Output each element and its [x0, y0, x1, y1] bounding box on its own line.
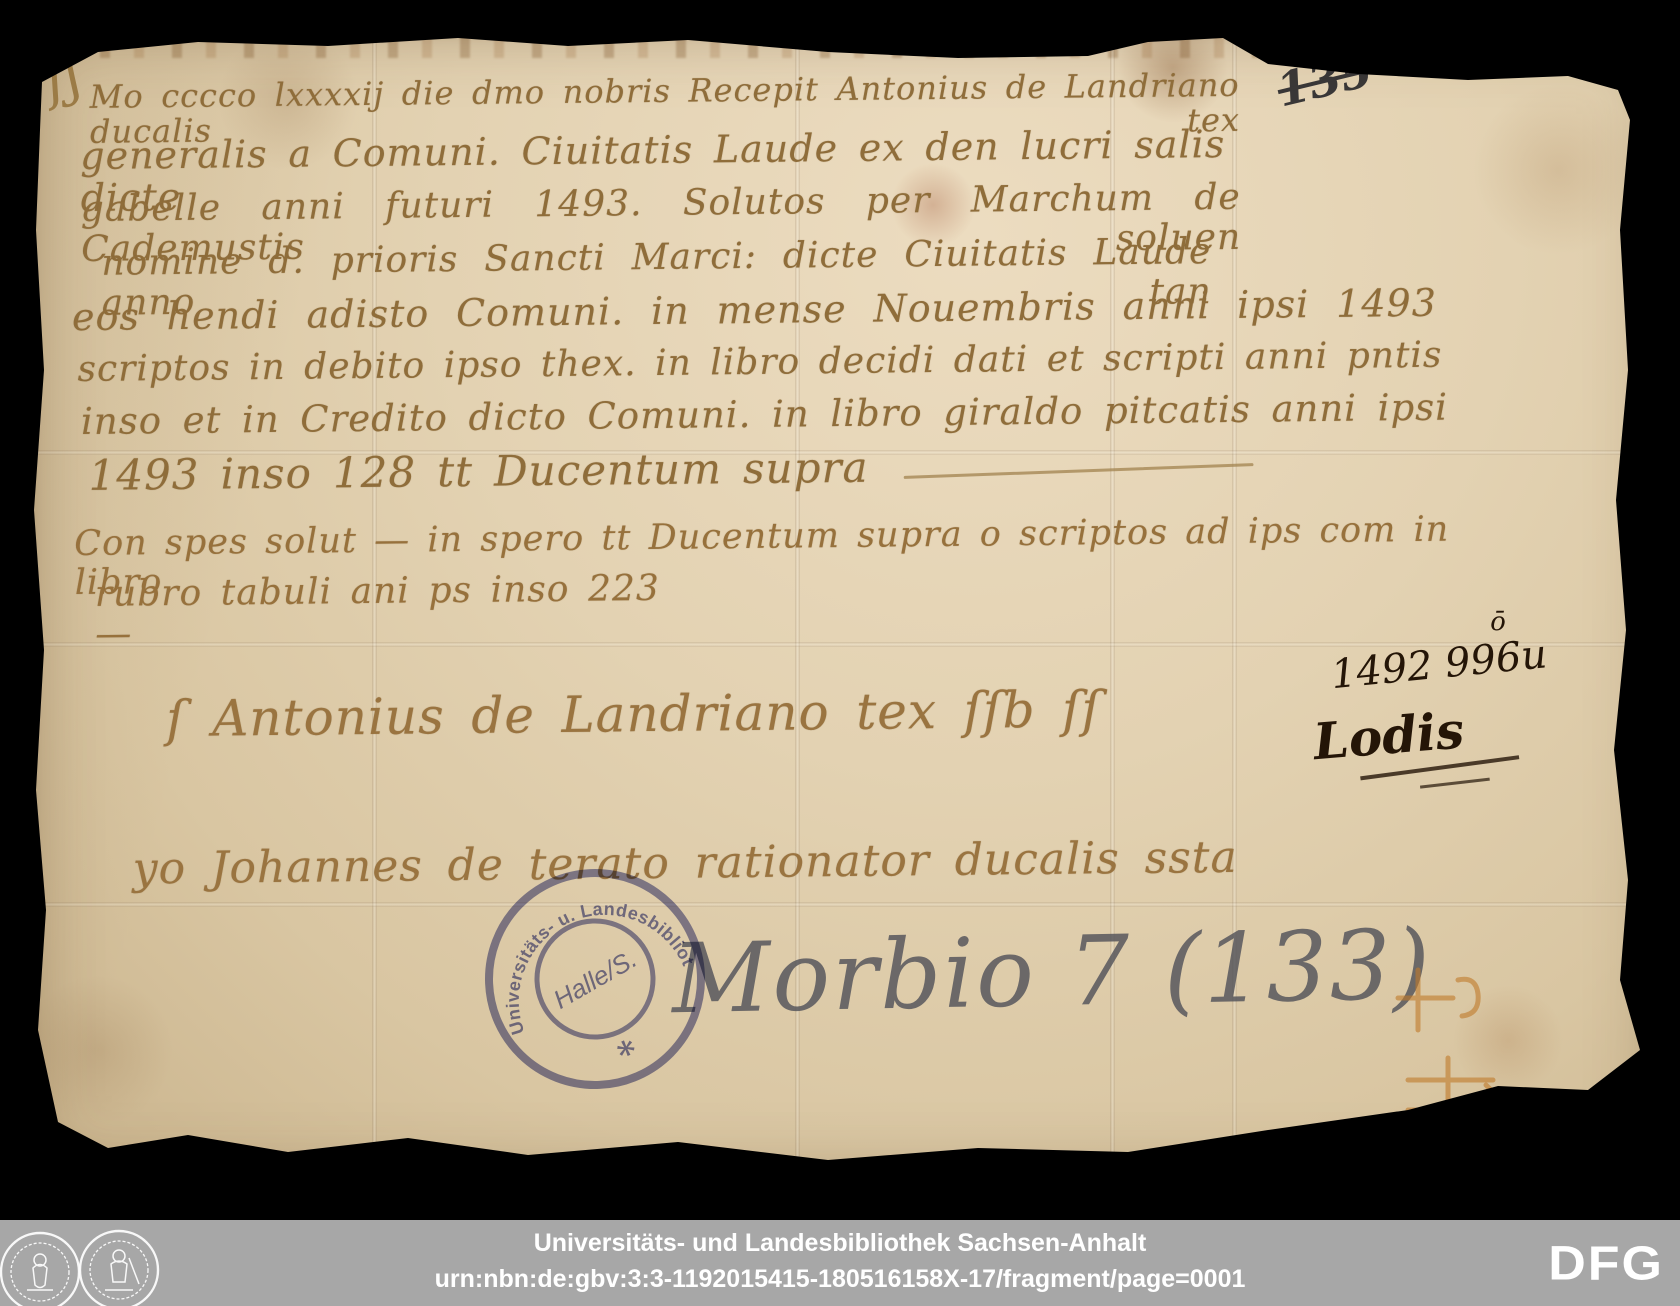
signature-antonius: ſ Antonius de Landriano tex ſſb ſſ	[166, 682, 1102, 747]
struck-folio-number: 135	[1272, 42, 1378, 117]
archival-place-note: Lodis	[1311, 700, 1466, 771]
archival-super-mark: ō	[1490, 607, 1506, 637]
scan-page: ſʃ 135 Mo cccco lxxxxij die dmo nobris R…	[0, 0, 1680, 1306]
pencil-shelfmark-note: Morbio 7 (133)	[671, 908, 1453, 1035]
university-seal-icon	[0, 1230, 82, 1306]
signature-johannes: yo Johannes de terato rationator ducalis…	[132, 834, 1237, 894]
ink-rule-line	[904, 463, 1254, 479]
urn-identifier: urn:nbn:de:gbv:3:3-1192015415-180516158X…	[0, 1265, 1680, 1294]
stamp-star-icon: *	[612, 1032, 645, 1076]
archival-strike-line	[1420, 778, 1490, 789]
viewer-footer-bar: Universitäts- und Landesbibliothek Sachs…	[0, 1220, 1680, 1306]
institution-name: Universitäts- und Landesbibliothek Sachs…	[0, 1229, 1680, 1258]
marginal-mark: ſʃ	[37, 41, 88, 113]
university-seal-icon	[77, 1228, 161, 1306]
dfg-logo: DFG	[1548, 1236, 1664, 1291]
ink-mark	[1388, 950, 1518, 1135]
manuscript-memo-line: rubro tabuli ani ps inso 223 —	[95, 569, 661, 654]
manuscript-line: scriptos in debito ipso thex. in libro d…	[77, 336, 1442, 390]
stamp-center-text: Halle/S.	[548, 943, 642, 1015]
parchment-document: ſʃ 135 Mo cccco lxxxxij die dmo nobris R…	[28, 30, 1660, 1180]
manuscript-line: inso et in Credito dicto Comuni. in libr…	[81, 388, 1448, 443]
archival-number-note: 1492 996u	[1329, 631, 1549, 698]
manuscript-line: 1493 inso 128 tt Ducentum supra	[88, 445, 868, 499]
